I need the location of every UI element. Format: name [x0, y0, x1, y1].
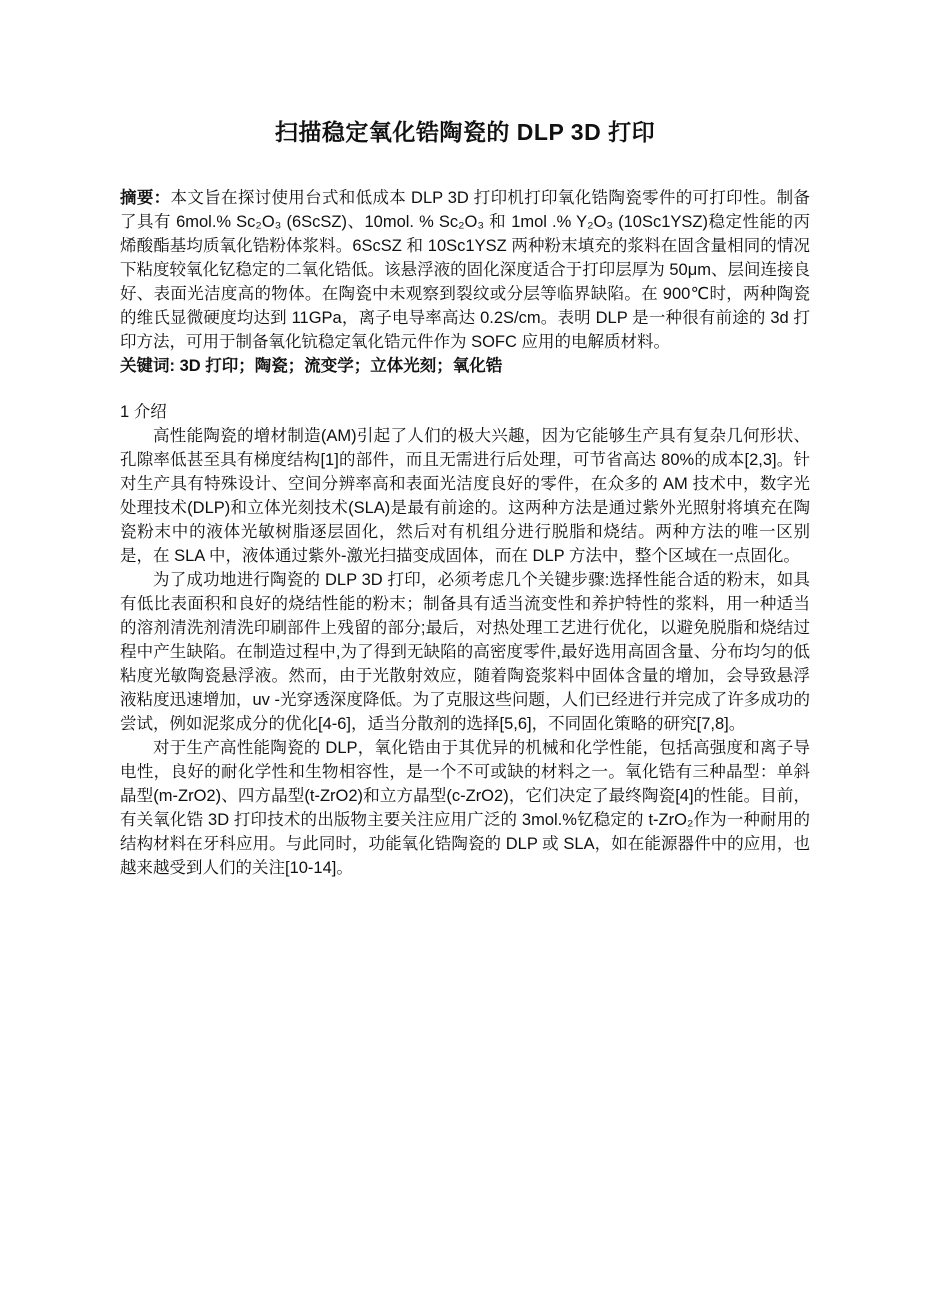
document-content: 扫描稳定氧化锆陶瓷的 DLP 3D 打印 摘要：本文旨在探讨使用台式和低成本 D… — [120, 116, 810, 880]
keywords-line: 关键词: 3D 打印；陶瓷；流变学；立体光刻；氧化锆 — [120, 354, 810, 378]
intro-paragraph-1: 高性能陶瓷的增材制造(AM)引起了人们的极大兴趣，因为它能够生产具有复杂几何形状… — [120, 424, 810, 568]
intro-paragraph-3: 对于生产高性能陶瓷的 DLP，氧化锆由于其优异的机械和化学性能，包括高强度和离子… — [120, 736, 810, 880]
abstract-paragraph: 摘要：本文旨在探讨使用台式和低成本 DLP 3D 打印机打印氧化锆陶瓷零件的可打… — [120, 186, 810, 354]
intro-paragraph-2: 为了成功地进行陶瓷的 DLP 3D 打印，必须考虑几个关键步骤:选择性能合适的粉… — [120, 568, 810, 736]
section-heading-introduction: 1 介绍 — [120, 400, 810, 424]
document-page: 扫描稳定氧化锆陶瓷的 DLP 3D 打印 摘要：本文旨在探讨使用台式和低成本 D… — [0, 0, 926, 1309]
document-title: 扫描稳定氧化锆陶瓷的 DLP 3D 打印 — [120, 116, 810, 148]
abstract-text: 本文旨在探讨使用台式和低成本 DLP 3D 打印机打印氧化锆陶瓷零件的可打印性。… — [120, 189, 810, 351]
abstract-label: 摘要： — [120, 189, 171, 207]
